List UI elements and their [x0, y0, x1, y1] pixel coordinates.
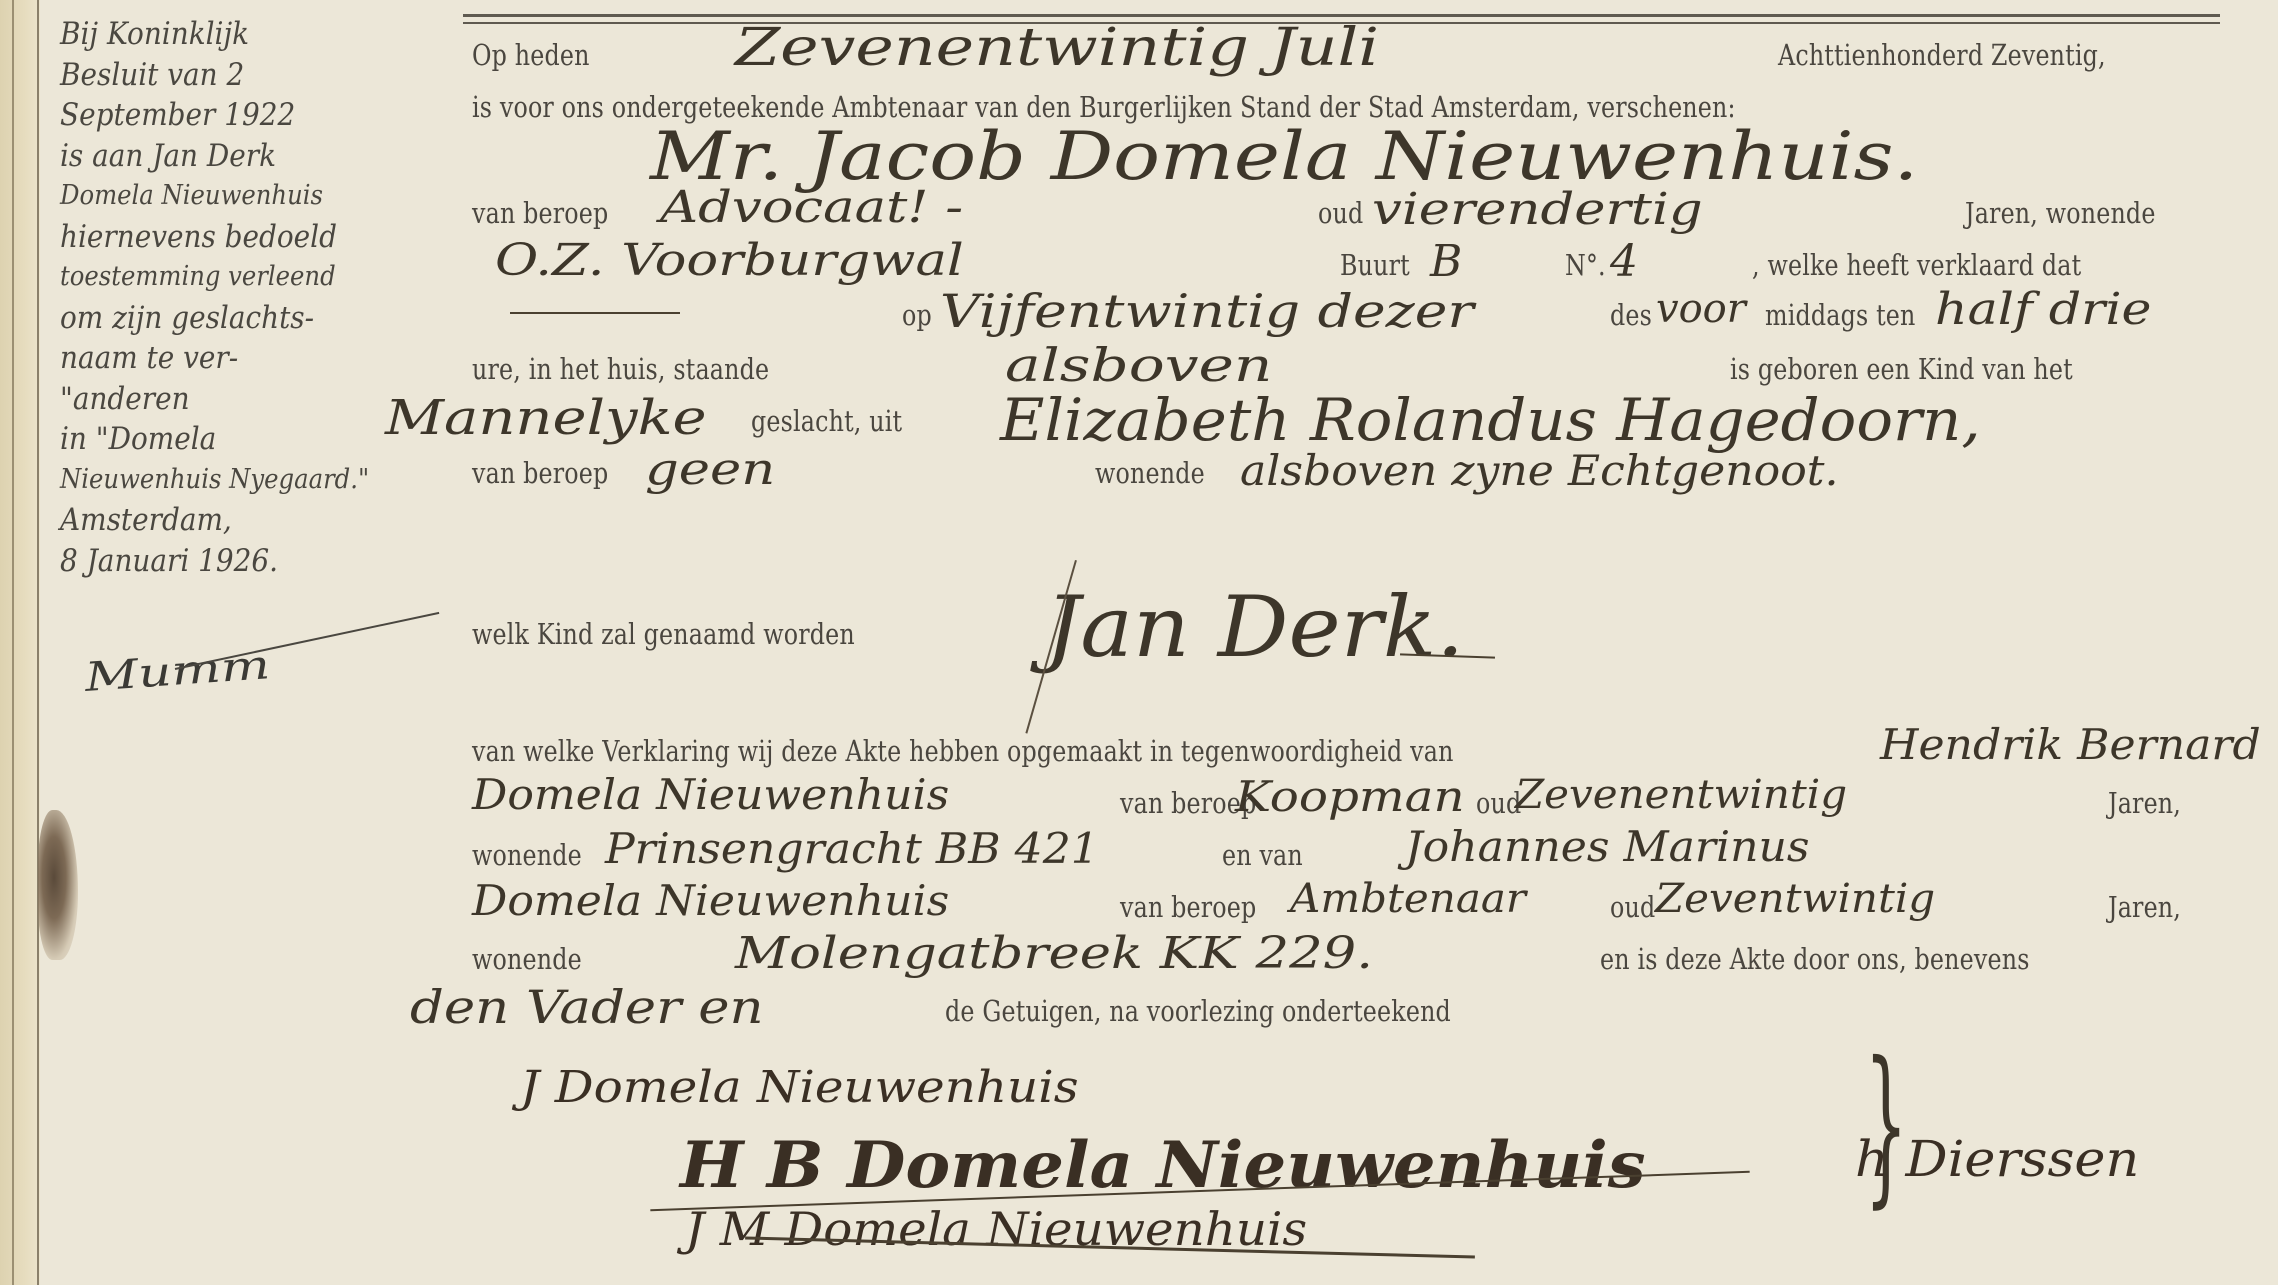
- hand-witness2-name-a: Johannes Marinus: [1405, 822, 1810, 871]
- hand-profession: Advocaat! -: [660, 182, 963, 233]
- official-signature: h Dierssen: [1855, 1130, 2139, 1188]
- form-text-op: op: [902, 298, 932, 332]
- hand-address: O.Z. Voorburgwal: [495, 235, 964, 286]
- form-text-van-beroep: van beroep: [472, 196, 608, 230]
- form-text-geslacht: geslacht, uit: [751, 404, 902, 438]
- margin-line: Domela Nieuwenhuis: [60, 176, 420, 217]
- form-text-wonende: wonende: [1095, 456, 1205, 490]
- form-text-buurt: Buurt: [1340, 248, 1410, 282]
- form-text-oud: oud: [1318, 196, 1363, 230]
- signature-1: J Domela Nieuwenhuis: [520, 1062, 1079, 1113]
- hand-child-name: Jan Derk.: [1045, 578, 1464, 676]
- margin-line: 8 Januari 1926.: [60, 541, 420, 582]
- margin-line: Besluit van 2: [60, 55, 420, 96]
- margin-signature: Mumm: [83, 642, 271, 701]
- margin-line: toestemming verleend: [60, 257, 420, 298]
- margin-line: is aan Jan Derk: [60, 136, 420, 177]
- margin-rule: [37, 0, 39, 1285]
- hand-witness2-profession: Ambtenaar: [1290, 876, 1526, 922]
- form-text-no: N°.: [1565, 248, 1606, 282]
- hand-house: alsboven: [1005, 338, 1272, 392]
- binding-line: [12, 0, 14, 1285]
- form-text-des: des: [1610, 298, 1652, 332]
- hand-mother: Elizabeth Rolandus Hagedoorn,: [1000, 386, 1981, 454]
- hand-mother-profession: geen: [645, 444, 775, 495]
- hand-witness2-address: Molengatbreek KK 229.: [735, 928, 1373, 979]
- margin-annotation: Bij Koninklijk Besluit van 2 September 1…: [60, 14, 460, 581]
- form-text-geboren: is geboren een Kind van het: [1730, 352, 2073, 386]
- hand-witness1-name-a: Hendrik Bernard: [1880, 720, 2261, 769]
- form-text-wonende-3: wonende: [472, 942, 582, 976]
- margin-line: in "Domela: [60, 419, 420, 460]
- form-text-van-beroep-4: van beroep: [1120, 890, 1256, 924]
- form-text-wonende-2: wonende: [472, 838, 582, 872]
- signature-flourish: [175, 612, 440, 670]
- hand-witness1-address: Prinsengracht BB 421: [605, 824, 1099, 873]
- margin-line: Amsterdam,: [60, 500, 420, 541]
- form-text-oud-3: oud: [1610, 890, 1655, 924]
- form-text-getuigen: de Getuigen, na voorlezing onderteekend: [945, 994, 1451, 1028]
- ink-stain: [38, 810, 78, 960]
- form-text-verklaard: , welke heeft verklaard dat: [1752, 248, 2081, 282]
- hand-date: Zevenentwintig Juli: [735, 18, 1379, 78]
- top-rule: [463, 14, 2220, 17]
- hand-witness1-name-b: Domela Nieuwenhuis: [472, 770, 949, 819]
- hand-sex: Mannelyke: [385, 390, 707, 446]
- form-text-jaren-wonende: Jaren, wonende: [1965, 196, 2156, 230]
- form-text-benevens: en is deze Akte door ons, benevens: [1600, 942, 2030, 976]
- form-text-year: Achttienhonderd Zeventig,: [1778, 38, 2106, 72]
- hand-time: half drie: [1935, 284, 2151, 335]
- form-text-middags: middags ten: [1765, 298, 1916, 332]
- hand-age: vierendertig: [1372, 184, 1703, 235]
- form-text-verklaring: van welke Verklaring wij deze Akte hebbe…: [472, 734, 1454, 768]
- margin-line: om zijn geslachts-: [60, 298, 420, 339]
- margin-line: Bij Koninklijk: [60, 14, 420, 55]
- form-text-genaamd: welk Kind zal genaamd worden: [472, 617, 855, 651]
- margin-line: Nieuwenhuis Nyegaard.": [60, 460, 420, 501]
- hand-time-prefix: voor: [1656, 286, 1746, 332]
- hand-number: 4: [1610, 236, 1638, 287]
- blank-line: [510, 312, 680, 314]
- hand-witness2-name-b: Domela Nieuwenhuis: [472, 876, 949, 925]
- margin-line: "anderen: [60, 379, 420, 420]
- form-text-op-heden: Op heden: [472, 38, 590, 72]
- hand-father-clause: den Vader en: [410, 980, 764, 1034]
- hand-witness2-age: Zeventwintig: [1655, 876, 1935, 922]
- form-text-van-beroep-2: van beroep: [472, 456, 608, 490]
- hand-buurt: B: [1430, 236, 1462, 287]
- margin-line: naam te ver-: [60, 338, 420, 379]
- margin-line: September 1922: [60, 95, 420, 136]
- hand-witness1-age: Zevenentwintig: [1515, 772, 1847, 818]
- form-text-en-van: en van: [1222, 838, 1303, 872]
- hand-mother-residence: alsboven zyne Echtgenoot.: [1240, 446, 1839, 495]
- form-text-jaren-3: Jaren,: [2108, 890, 2181, 924]
- form-text-jaren-2: Jaren,: [2108, 786, 2181, 820]
- hand-witness1-profession: Koopman: [1235, 772, 1465, 821]
- page-gutter: [0, 0, 40, 1285]
- form-text-ure: ure, in het huis, staande: [472, 352, 769, 386]
- margin-line: hiernevens bedoeld: [60, 217, 420, 258]
- hand-birth-day: Vijfentwintig dezer: [940, 284, 1474, 338]
